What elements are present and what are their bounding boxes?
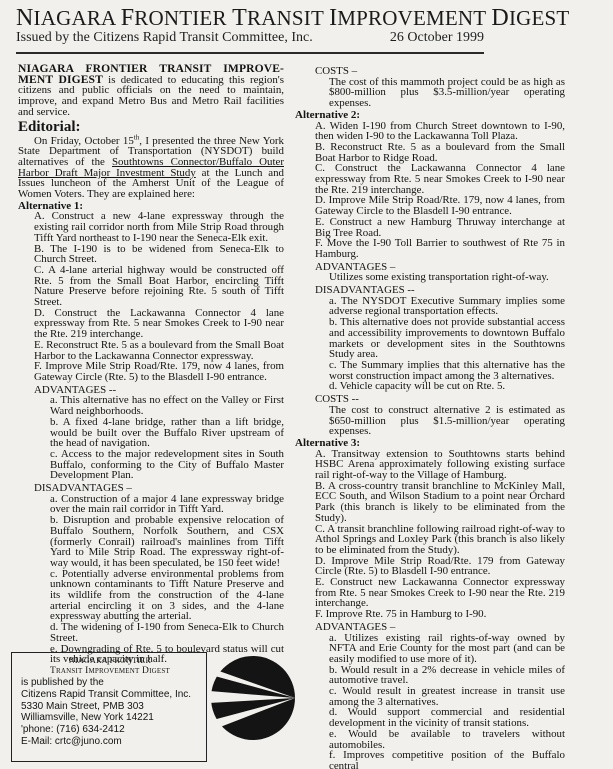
alt1-disadvantage: b. Disruption and probable expensive rel…: [18, 515, 284, 569]
alt1-item: B. The I-190 is to be widened from Senec…: [18, 244, 284, 265]
publisher-box-title-line2: Transit Improvement Digest: [21, 666, 199, 677]
alt3-advantage: c. Would result in greatest increase in …: [305, 686, 565, 707]
alt2-item: F. Move the I-90 Toll Barrier to southwe…: [305, 238, 565, 259]
alt3-item: B. A cross-country transit branchline to…: [305, 481, 565, 524]
editorial-heading: Editorial:: [18, 120, 284, 135]
alt2-item: B. Reconstruct Rte. 5 as a boulevard fro…: [305, 142, 565, 163]
alt3-advantage: b. Would result in a 2% decrease in vehi…: [305, 665, 565, 686]
alt3-advantage: d. Would support commercial and resident…: [305, 707, 565, 728]
alt1-advantage: a. This alternative has no effect on the…: [18, 395, 284, 416]
intro-paragraph: NIAGARA FRONTIER TRANSIT IMPROVE-MENT DI…: [18, 64, 284, 118]
title-word: MPROVEMENT: [337, 6, 491, 30]
alt2-item: D. Improve Mile Strip Road/Rte. 179, now…: [305, 195, 565, 216]
alt3-item: C. A transit branchline following railro…: [305, 524, 565, 556]
right-column: COSTS – The cost of this mammoth project…: [305, 64, 565, 769]
alt1-disadvantage: a. Construction of a major 4 lane expres…: [18, 494, 284, 515]
alt2-item: C. Construct the Lackawanna Connector 4 …: [305, 163, 565, 195]
title-word: RANSIT: [247, 6, 329, 30]
alt2-disadvantage: b. This alternative does not provide sub…: [305, 317, 565, 360]
issue-date: 26 October 1999: [390, 30, 484, 46]
alt1-item: C. A 4-lane arterial highway would be co…: [18, 265, 284, 308]
alt2-disadvantage: c. The Summary implies that this alterna…: [305, 360, 565, 381]
publisher-street: 5330 Main Street, PMB 303: [21, 701, 206, 713]
title-letter: F: [121, 5, 135, 31]
alt3-advantage: f. Improves competitive position of the …: [305, 750, 565, 769]
alt3-advantage: a. Utilizes existing rail rights-of-way …: [305, 633, 565, 665]
alt3-advantages-heading: ADVANTAGES –: [305, 622, 565, 633]
editorial-paragraph: On Friday, October 15th, I presented the…: [18, 136, 284, 200]
alt1-item: E. Reconstruct Rte. 5 as a boulevard fro…: [18, 340, 284, 361]
alt1-disadvantage: d. The widening of I-190 from Seneca-Elk…: [18, 622, 284, 643]
alternative-3-heading: Alternative 3:: [295, 438, 565, 449]
alt2-item: A. Widen I-190 from Church Street downto…: [305, 121, 565, 142]
publisher-city: Williamsville, New York 14221: [21, 712, 206, 724]
alt2-advantage: Utilizes some existing transportation ri…: [305, 272, 565, 283]
alternative-2-heading: Alternative 2:: [295, 110, 565, 121]
alt1-disadvantage: c. Potentially adverse environmental pro…: [18, 569, 284, 623]
publisher-email: E-Mail: crtc@juno.com: [21, 736, 206, 748]
alt1-item: A. Construct a new 4-lane expressway thr…: [18, 211, 284, 243]
alt3-item: D. Improve Mile Strip Road/Rte. 179 from…: [305, 556, 565, 577]
alt3-advantage: e. Would be available to travelers witho…: [305, 729, 565, 750]
title-word: IGEST: [509, 6, 570, 30]
alt3-item: E. Construct new Lackawanna Connector ex…: [305, 577, 565, 609]
alt1-advantage: b. A fixed 4-lane bridge, rather than a …: [18, 417, 284, 449]
title-word: RONTIER: [134, 6, 232, 30]
title-letter: N: [16, 5, 34, 31]
publisher-line: is published by the: [21, 677, 206, 689]
masthead-rule: [16, 52, 484, 54]
alt1-advantage: c. Access to the major redevelopment sit…: [18, 449, 284, 481]
alt3-item: F. Improve Rte. 75 in Hamburg to I-90.: [305, 609, 565, 620]
publisher-info-box: NIAGARA FRONTIER Transit Improvement Dig…: [11, 652, 207, 762]
publisher-name: Citizens Rapid Transit Committee, Inc.: [21, 689, 206, 701]
alt2-costs: The cost to construct alternative 2 is e…: [305, 405, 565, 437]
alt1-item: F. Improve Mile Strip Road/Rte. 179, now…: [18, 361, 284, 382]
left-column: NIAGARA FRONTIER TRANSIT IMPROVE-MENT DI…: [18, 64, 284, 665]
publisher-box-title-line1: NIAGARA FRONTIER: [21, 656, 199, 666]
alt1-costs: The cost of this mammoth project could b…: [305, 77, 565, 109]
alt1-item: D. Construct the Lackawanna Connector 4 …: [18, 308, 284, 340]
title-letter: D: [491, 5, 509, 31]
title-word: IAGARA: [34, 6, 121, 30]
sunburst-circle-logo-icon: [209, 655, 297, 741]
masthead-title: NIAGARA FRONTIER TRANSIT IMPROVEMENT DIG…: [16, 5, 606, 32]
alt2-item: E. Construct a new Hamburg Thruway inter…: [305, 217, 565, 238]
alt2-disadvantage: d. Vehicle capacity will be cut on Rte. …: [305, 381, 565, 392]
publisher-phone: 'phone: (716) 634-2412: [21, 724, 206, 736]
alt2-disadvantage: a. The NYSDOT Executive Summary implies …: [305, 296, 565, 317]
alt3-item: A. Transitway extension to Southtowns st…: [305, 449, 565, 481]
title-letter: T: [232, 5, 247, 31]
